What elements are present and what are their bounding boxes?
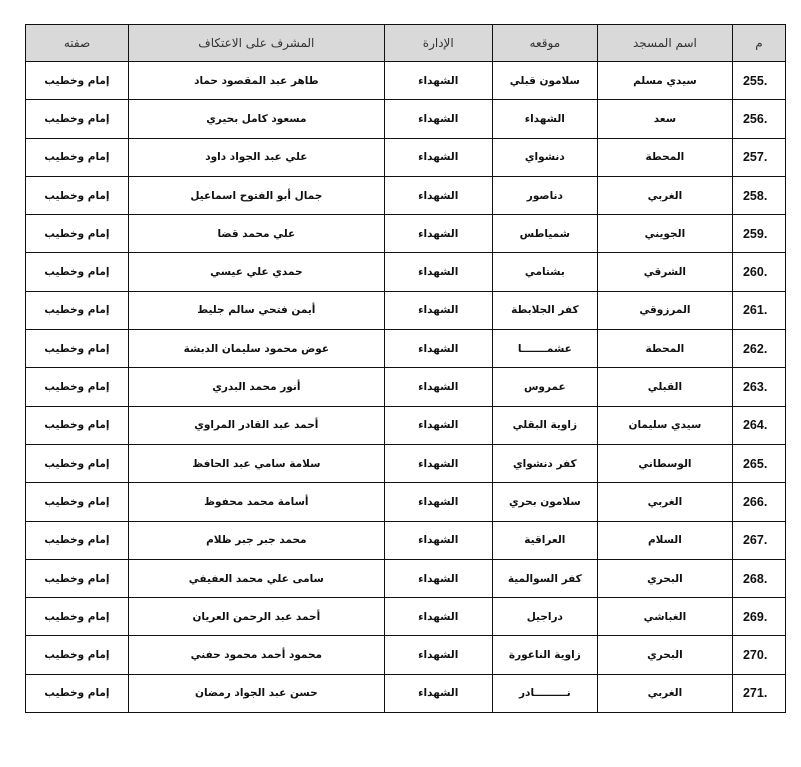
mosque-name-cell: البحري <box>597 559 732 597</box>
location-cell: كفر السوالمية <box>492 559 597 597</box>
row-number-cell: 269. <box>732 598 785 636</box>
table-row: 258.الغربيدناصورالشهداءجمال أبو الفتوح ا… <box>26 176 786 214</box>
table-row: 269.الغباشيدراجيلالشهداءأحمد عبد الرحمن … <box>26 598 786 636</box>
role-cell: إمام وخطيب <box>26 598 129 636</box>
role-cell: إمام وخطيب <box>26 559 129 597</box>
table-row: 259.الجوينيشمياطسالشهداءعلي محمد قضاإمام… <box>26 215 786 253</box>
row-number-cell: 255. <box>732 62 785 100</box>
row-number-cell: 270. <box>732 636 785 674</box>
mosque-name-cell: المحطة <box>597 330 732 368</box>
table-row: 271.الغربينـــــــــادرالشهداءحسن عبد ال… <box>26 674 786 712</box>
administration-cell: الشهداء <box>384 215 492 253</box>
administration-cell: الشهداء <box>384 62 492 100</box>
location-cell: عمروس <box>492 368 597 406</box>
role-cell: إمام وخطيب <box>26 62 129 100</box>
row-number-cell: 263. <box>732 368 785 406</box>
table-row: 263.القبليعمروسالشهداءأنور محمد البدريإم… <box>26 368 786 406</box>
administration-cell: الشهداء <box>384 253 492 291</box>
administration-cell: الشهداء <box>384 521 492 559</box>
table-row: 257.المحطةدنشوايالشهداءعلي عبد الجواد دا… <box>26 138 786 176</box>
mosque-name-cell: المرزوقي <box>597 291 732 329</box>
supervisor-name-cell: جمال أبو الفتوح اسماعيل <box>128 176 384 214</box>
supervisor-name-cell: علي عبد الجواد داود <box>128 138 384 176</box>
role-cell: إمام وخطيب <box>26 215 129 253</box>
row-number-cell: 262. <box>732 330 785 368</box>
role-cell: إمام وخطيب <box>26 253 129 291</box>
mosque-name-cell: الغربي <box>597 176 732 214</box>
mosque-name-cell: سيدي سليمان <box>597 406 732 444</box>
role-cell: إمام وخطيب <box>26 368 129 406</box>
row-number-cell: 259. <box>732 215 785 253</box>
table-row: 270.البحريزاوية الناعورةالشهداءمحمود أحم… <box>26 636 786 674</box>
supervisor-name-cell: محمد جبر جبر ظلام <box>128 521 384 559</box>
administration-cell: الشهداء <box>384 138 492 176</box>
administration-cell: الشهداء <box>384 291 492 329</box>
row-number-cell: 256. <box>732 100 785 138</box>
document-page: م اسم المسجد موقعه الإدارة المشرف على ال… <box>0 0 801 767</box>
mosque-name-cell: سعد <box>597 100 732 138</box>
supervisor-name-cell: سامى علي محمد العفيفي <box>128 559 384 597</box>
role-cell: إمام وخطيب <box>26 138 129 176</box>
row-number-cell: 271. <box>732 674 785 712</box>
administration-cell: الشهداء <box>384 598 492 636</box>
supervisor-name-cell: أنور محمد البدري <box>128 368 384 406</box>
administration-cell: الشهداء <box>384 406 492 444</box>
itikaf-supervisors-table: م اسم المسجد موقعه الإدارة المشرف على ال… <box>25 24 786 713</box>
supervisor-name-cell: حسن عبد الجواد رمضان <box>128 674 384 712</box>
row-number-cell: 261. <box>732 291 785 329</box>
mosque-name-cell: الجويني <box>597 215 732 253</box>
location-cell: دراجيل <box>492 598 597 636</box>
table-row: 255.سيدي مسلمسلامون قبليالشهداءطاهر عبد … <box>26 62 786 100</box>
mosque-name-cell: الغربي <box>597 483 732 521</box>
row-number-cell: 266. <box>732 483 785 521</box>
mosque-name-cell: الغربي <box>597 674 732 712</box>
location-cell: سلامون قبلي <box>492 62 597 100</box>
mosque-name-cell: الغباشي <box>597 598 732 636</box>
location-cell: بشتامي <box>492 253 597 291</box>
supervisor-name-cell: أحمد عبد القادر المراوي <box>128 406 384 444</box>
table-header-row: م اسم المسجد موقعه الإدارة المشرف على ال… <box>26 25 786 62</box>
administration-cell: الشهداء <box>384 444 492 482</box>
role-cell: إمام وخطيب <box>26 100 129 138</box>
supervisor-name-cell: سلامة سامي عبد الحافظ <box>128 444 384 482</box>
role-cell: إمام وخطيب <box>26 521 129 559</box>
administration-cell: الشهداء <box>384 559 492 597</box>
administration-cell: الشهداء <box>384 100 492 138</box>
supervisor-name-cell: علي محمد قضا <box>128 215 384 253</box>
mosque-name-cell: البحري <box>597 636 732 674</box>
role-cell: إمام وخطيب <box>26 291 129 329</box>
table-row: 267.السلامالعراقيةالشهداءمحمد جبر جبر ظل… <box>26 521 786 559</box>
header-location: موقعه <box>492 25 597 62</box>
table-row: 266.الغربيسلامون بحريالشهداءأسامة محمد م… <box>26 483 786 521</box>
supervisor-name-cell: طاهر عبد المقصود حماد <box>128 62 384 100</box>
location-cell: الشهداء <box>492 100 597 138</box>
location-cell: زاوية الناعورة <box>492 636 597 674</box>
location-cell: نـــــــــادر <box>492 674 597 712</box>
role-cell: إمام وخطيب <box>26 176 129 214</box>
table-row: 260.الشرقيبشتاميالشهداءحمدي علي عيسيإمام… <box>26 253 786 291</box>
mosque-name-cell: الشرقي <box>597 253 732 291</box>
location-cell: دنشواي <box>492 138 597 176</box>
mosque-name-cell: السلام <box>597 521 732 559</box>
administration-cell: الشهداء <box>384 368 492 406</box>
location-cell: كفر دنشواي <box>492 444 597 482</box>
role-cell: إمام وخطيب <box>26 406 129 444</box>
row-number-cell: 265. <box>732 444 785 482</box>
administration-cell: الشهداء <box>384 674 492 712</box>
header-administration: الإدارة <box>384 25 492 62</box>
row-number-cell: 267. <box>732 521 785 559</box>
supervisor-name-cell: مسعود كامل بحيري <box>128 100 384 138</box>
table-row: 262.المحطةعشمـــــــاالشهداءعوض محمود سل… <box>26 330 786 368</box>
row-number-cell: 268. <box>732 559 785 597</box>
table-row: 268.البحريكفر السوالميةالشهداءسامى علي م… <box>26 559 786 597</box>
supervisor-name-cell: محمود أحمد محمود حفني <box>128 636 384 674</box>
mosque-name-cell: سيدي مسلم <box>597 62 732 100</box>
table-row: 265.الوسطانيكفر دنشوايالشهداءسلامة سامي … <box>26 444 786 482</box>
location-cell: زاوية البقلي <box>492 406 597 444</box>
location-cell: سلامون بحري <box>492 483 597 521</box>
supervisor-name-cell: أسامة محمد محفوظ <box>128 483 384 521</box>
role-cell: إمام وخطيب <box>26 636 129 674</box>
role-cell: إمام وخطيب <box>26 674 129 712</box>
mosque-name-cell: القبلي <box>597 368 732 406</box>
role-cell: إمام وخطيب <box>26 330 129 368</box>
role-cell: إمام وخطيب <box>26 483 129 521</box>
mosque-name-cell: الوسطاني <box>597 444 732 482</box>
row-number-cell: 260. <box>732 253 785 291</box>
supervisor-name-cell: أحمد عبد الرحمن العريان <box>128 598 384 636</box>
header-role: صفته <box>26 25 129 62</box>
header-supervisor: المشرف على الاعتكاف <box>128 25 384 62</box>
supervisor-name-cell: عوض محمود سليمان الدبشة <box>128 330 384 368</box>
row-number-cell: 258. <box>732 176 785 214</box>
location-cell: كفر الجلابطة <box>492 291 597 329</box>
location-cell: عشمـــــــا <box>492 330 597 368</box>
header-num: م <box>732 25 785 62</box>
supervisor-name-cell: أيمن فتحي سالم جليط <box>128 291 384 329</box>
table-row: 261.المرزوقيكفر الجلابطةالشهداءأيمن فتحي… <box>26 291 786 329</box>
location-cell: شمياطس <box>492 215 597 253</box>
location-cell: دناصور <box>492 176 597 214</box>
row-number-cell: 257. <box>732 138 785 176</box>
role-cell: إمام وخطيب <box>26 444 129 482</box>
mosque-name-cell: المحطة <box>597 138 732 176</box>
header-mosque-name: اسم المسجد <box>597 25 732 62</box>
administration-cell: الشهداء <box>384 176 492 214</box>
table-row: 264.سيدي سليمانزاوية البقليالشهداءأحمد ع… <box>26 406 786 444</box>
supervisor-name-cell: حمدي علي عيسي <box>128 253 384 291</box>
administration-cell: الشهداء <box>384 636 492 674</box>
administration-cell: الشهداء <box>384 483 492 521</box>
row-number-cell: 264. <box>732 406 785 444</box>
administration-cell: الشهداء <box>384 330 492 368</box>
table-row: 256.سعدالشهداءالشهداءمسعود كامل بحيريإما… <box>26 100 786 138</box>
location-cell: العراقية <box>492 521 597 559</box>
